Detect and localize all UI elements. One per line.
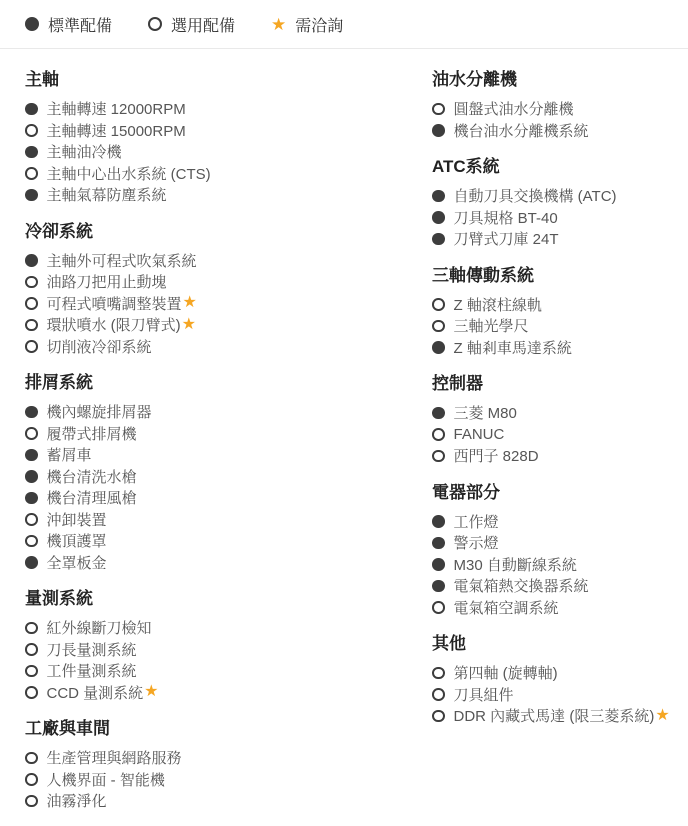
spec-item-label: DDR 內藏式馬達 (限三菱系統) [454,705,655,726]
spec-item: 主軸轉速 15000RPM [25,120,432,142]
spec-item: 三軸光學尺 [432,315,670,337]
star-icon: ★ [144,684,158,700]
open-circle-icon [25,622,38,635]
spec-item-label: 可程式噴嘴調整裝置 [47,293,182,314]
spec-item-label: 油霧淨化 [47,790,107,811]
star-icon: ★ [182,317,196,333]
spec-item: 環狀噴水 (限刀臂式)★ [25,314,432,336]
spec-item-label: 刀長量測系統 [47,639,137,660]
spec-item: 蓄屑車 [25,444,432,466]
section-title: 工廠與車間 [25,720,432,738]
spec-list: 主軸轉速 12000RPM主軸轉速 15000RPM主軸油冷機主軸中心出水系統 … [25,98,432,206]
section-title: 排屑系統 [25,374,432,392]
spec-section: 主軸主軸轉速 12000RPM主軸轉速 15000RPM主軸油冷機主軸中心出水系… [25,71,432,206]
spec-item-label: 機台清洗水槍 [47,466,137,487]
spec-column: 油水分離機圓盤式油水分離機機台油水分離機系統ATC系統自動刀具交換機構 (ATC… [432,71,670,826]
spec-item-label: 工作燈 [454,511,499,532]
open-circle-icon [432,710,445,723]
spec-list: 主軸外可程式吹氣系統油路刀把用止動塊可程式噴嘴調整裝置★環狀噴水 (限刀臂式)★… [25,250,432,358]
spec-item-label: 全罩板金 [47,552,107,573]
spec-item: 工件量測系統 [25,660,432,682]
open-circle-icon [432,103,445,116]
spec-item-label: 三菱 M80 [454,402,517,423]
spec-item: 刀具組件 [432,684,670,706]
spec-item-label: 沖卸裝置 [47,509,107,530]
spec-section: 油水分離機圓盤式油水分離機機台油水分離機系統 [432,71,670,141]
spec-item-label: 油路刀把用止動塊 [47,271,167,292]
open-circle-icon [25,319,38,332]
spec-item: 刀具規格 BT-40 [432,207,670,229]
open-circle-icon [25,665,38,678]
open-circle-icon [25,340,38,353]
filled-circle-icon [25,189,38,202]
open-circle-icon [25,752,38,765]
spec-list: Z 軸滾柱線軌三軸光學尺Z 軸剎車馬達系統 [432,294,670,359]
spec-item: 第四軸 (旋轉軸) [432,662,670,684]
open-circle-icon [25,643,38,656]
spec-item: 主軸油冷機 [25,141,432,163]
legend-item: ★需洽詢 [271,13,343,36]
spec-section: ATC系統自動刀具交換機構 (ATC)刀具規格 BT-40刀臂式刀庫 24T [432,158,670,250]
spec-item: 圓盤式油水分離機 [432,98,670,120]
spec-list: 機內螺旋排屑器履帶式排屑機蓄屑車機台清洗水槍機台清理風槍沖卸裝置機頂護罩全罩板金 [25,401,432,573]
open-circle-icon [25,167,38,180]
filled-circle-icon [432,233,445,246]
filled-circle-icon [25,17,39,31]
spec-item: 機內螺旋排屑器 [25,401,432,423]
spec-item-label: 人機界面 - 智能機 [47,769,165,790]
spec-item: 電氣箱空調系統 [432,597,670,619]
spec-item-label: 環狀噴水 (限刀臂式) [47,314,181,335]
spec-item-label: 生產管理與網路服務 [47,747,182,768]
spec-columns: 主軸主軸轉速 12000RPM主軸轉速 15000RPM主軸油冷機主軸中心出水系… [0,49,688,826]
open-circle-icon [25,427,38,440]
open-circle-icon [432,688,445,701]
filled-circle-icon [25,492,38,505]
spec-section: 量測系統紅外線斷刀檢知刀長量測系統工件量測系統CCD 量測系統★ [25,590,432,703]
spec-list: 生產管理與網路服務人機界面 - 智能機油霧淨化 [25,747,432,812]
spec-item: 機台油水分離機系統 [432,120,670,142]
spec-item: DDR 內藏式馬達 (限三菱系統)★ [432,705,670,727]
spec-list: 圓盤式油水分離機機台油水分離機系統 [432,98,670,141]
open-circle-icon [432,298,445,311]
spec-item: 油霧淨化 [25,790,432,812]
open-circle-icon [432,320,445,333]
section-title: 三軸傳動系統 [432,267,670,285]
spec-item: 生產管理與網路服務 [25,747,432,769]
section-title: ATC系統 [432,158,670,176]
spec-item-label: 三軸光學尺 [454,315,529,336]
spec-item-label: 第四軸 (旋轉軸) [454,662,558,683]
spec-section: 控制器三菱 M80FANUC西門子 828D [432,375,670,467]
spec-list: 自動刀具交換機構 (ATC)刀具規格 BT-40刀臂式刀庫 24T [432,185,670,250]
open-circle-icon [25,297,38,310]
spec-list: 三菱 M80FANUC西門子 828D [432,402,670,467]
spec-list: 紅外線斷刀檢知刀長量測系統工件量測系統CCD 量測系統★ [25,617,432,703]
spec-item-label: 機頂護罩 [47,530,107,551]
filled-circle-icon [25,254,38,267]
spec-item-label: 主軸氣幕防塵系統 [47,184,167,205]
star-icon: ★ [183,295,197,311]
spec-item-label: 警示燈 [454,532,499,553]
filled-circle-icon [432,558,445,571]
spec-item: 西門子 828D [432,445,670,467]
spec-item-label: 自動刀具交換機構 (ATC) [454,185,617,206]
spec-item: M30 自動斷線系統 [432,554,670,576]
spec-item-label: 主軸外可程式吹氣系統 [47,250,197,271]
legend-item: 標準配備 [25,13,112,36]
section-title: 油水分離機 [432,71,670,89]
spec-item: 沖卸裝置 [25,509,432,531]
spec-item: 主軸氣幕防塵系統 [25,184,432,206]
spec-list: 第四軸 (旋轉軸)刀具組件DDR 內藏式馬達 (限三菱系統)★ [432,662,670,727]
spec-item-label: 圓盤式油水分離機 [454,98,574,119]
open-circle-icon [25,795,38,808]
spec-item-label: 機內螺旋排屑器 [47,401,152,422]
spec-item: 刀長量測系統 [25,639,432,661]
section-title: 主軸 [25,71,432,89]
open-circle-icon [25,513,38,526]
spec-item: CCD 量測系統★ [25,682,432,704]
open-circle-icon [432,450,445,463]
spec-item: 可程式噴嘴調整裝置★ [25,293,432,315]
spec-section: 工廠與車間生產管理與網路服務人機界面 - 智能機油霧淨化 [25,720,432,812]
spec-item-label: Z 軸剎車馬達系統 [454,337,572,358]
spec-item-label: 履帶式排屑機 [47,423,137,444]
spec-item: 主軸轉速 12000RPM [25,98,432,120]
filled-circle-icon [25,406,38,419]
spec-column: 主軸主軸轉速 12000RPM主軸轉速 15000RPM主軸油冷機主軸中心出水系… [25,71,432,826]
filled-circle-icon [432,124,445,137]
open-circle-icon [148,17,162,31]
spec-item: FANUC [432,424,670,446]
open-circle-icon [432,428,445,441]
spec-item-label: 紅外線斷刀檢知 [47,617,152,638]
filled-circle-icon [432,190,445,203]
star-icon: ★ [655,708,669,724]
filled-circle-icon [25,556,38,569]
spec-item-label: 主軸轉速 15000RPM [47,120,186,141]
section-title: 電器部分 [432,484,670,502]
section-title: 冷卻系統 [25,223,432,241]
filled-circle-icon [25,103,38,116]
filled-circle-icon [25,470,38,483]
spec-item: Z 軸剎車馬達系統 [432,337,670,359]
star-icon: ★ [271,16,286,33]
spec-item-label: 刀臂式刀庫 24T [454,228,559,249]
filled-circle-icon [432,537,445,550]
section-title: 量測系統 [25,590,432,608]
spec-item: 切削液冷卻系統 [25,336,432,358]
open-circle-icon [25,124,38,137]
filled-circle-icon [432,341,445,354]
spec-item-label: 主軸轉速 12000RPM [47,98,186,119]
spec-item: 刀臂式刀庫 24T [432,228,670,250]
open-circle-icon [25,773,38,786]
spec-item: 人機界面 - 智能機 [25,769,432,791]
legend-bar: 標準配備選用配備★需洽詢 [0,0,688,49]
spec-item: 履帶式排屑機 [25,423,432,445]
spec-item-label: Z 軸滾柱線軌 [454,294,542,315]
spec-item: 電氣箱熱交換器系統 [432,575,670,597]
spec-item-label: 機台油水分離機系統 [454,120,589,141]
legend-label: 需洽詢 [295,13,343,36]
filled-circle-icon [432,515,445,528]
legend-label: 選用配備 [171,13,235,36]
spec-list: 工作燈警示燈M30 自動斷線系統電氣箱熱交換器系統電氣箱空調系統 [432,511,670,619]
spec-section: 其他第四軸 (旋轉軸)刀具組件DDR 內藏式馬達 (限三菱系統)★ [432,635,670,727]
spec-item-label: 切削液冷卻系統 [47,336,152,357]
filled-circle-icon [432,407,445,420]
open-circle-icon [432,601,445,614]
spec-section: 排屑系統機內螺旋排屑器履帶式排屑機蓄屑車機台清洗水槍機台清理風槍沖卸裝置機頂護罩… [25,374,432,573]
spec-item: 主軸中心出水系統 (CTS) [25,163,432,185]
spec-item-label: 刀具規格 BT-40 [454,207,558,228]
open-circle-icon [25,276,38,289]
spec-item: 油路刀把用止動塊 [25,271,432,293]
spec-item: 機台清理風槍 [25,487,432,509]
spec-item-label: FANUC [454,426,505,443]
spec-item: 機頂護罩 [25,530,432,552]
filled-circle-icon [25,146,38,159]
spec-item-label: 主軸油冷機 [47,141,122,162]
spec-item: 自動刀具交換機構 (ATC) [432,185,670,207]
filled-circle-icon [25,449,38,462]
spec-item: 機台清洗水槍 [25,466,432,488]
section-title: 其他 [432,635,670,653]
legend-label: 標準配備 [48,13,112,36]
spec-item-label: 蓄屑車 [47,444,92,465]
open-circle-icon [25,535,38,548]
filled-circle-icon [432,211,445,224]
open-circle-icon [25,686,38,699]
spec-item-label: 工件量測系統 [47,660,137,681]
open-circle-icon [432,667,445,680]
legend-item: 選用配備 [148,13,235,36]
spec-item: 全罩板金 [25,552,432,574]
spec-item: 警示燈 [432,532,670,554]
section-title: 控制器 [432,375,670,393]
spec-item-label: CCD 量測系統 [47,682,144,703]
spec-item: 三菱 M80 [432,402,670,424]
spec-section: 電器部分工作燈警示燈M30 自動斷線系統電氣箱熱交換器系統電氣箱空調系統 [432,484,670,619]
spec-section: 冷卻系統主軸外可程式吹氣系統油路刀把用止動塊可程式噴嘴調整裝置★環狀噴水 (限刀… [25,223,432,358]
spec-item: 主軸外可程式吹氣系統 [25,250,432,272]
spec-item-label: 西門子 828D [454,445,539,466]
spec-item-label: 機台清理風槍 [47,487,137,508]
spec-item: Z 軸滾柱線軌 [432,294,670,316]
spec-item-label: 電氣箱空調系統 [454,597,559,618]
filled-circle-icon [432,580,445,593]
spec-item-label: 主軸中心出水系統 (CTS) [47,163,211,184]
spec-section: 三軸傳動系統Z 軸滾柱線軌三軸光學尺Z 軸剎車馬達系統 [432,267,670,359]
spec-item: 工作燈 [432,511,670,533]
spec-item-label: 電氣箱熱交換器系統 [454,575,589,596]
spec-item-label: M30 自動斷線系統 [454,554,577,575]
spec-item: 紅外線斷刀檢知 [25,617,432,639]
spec-item-label: 刀具組件 [454,684,514,705]
